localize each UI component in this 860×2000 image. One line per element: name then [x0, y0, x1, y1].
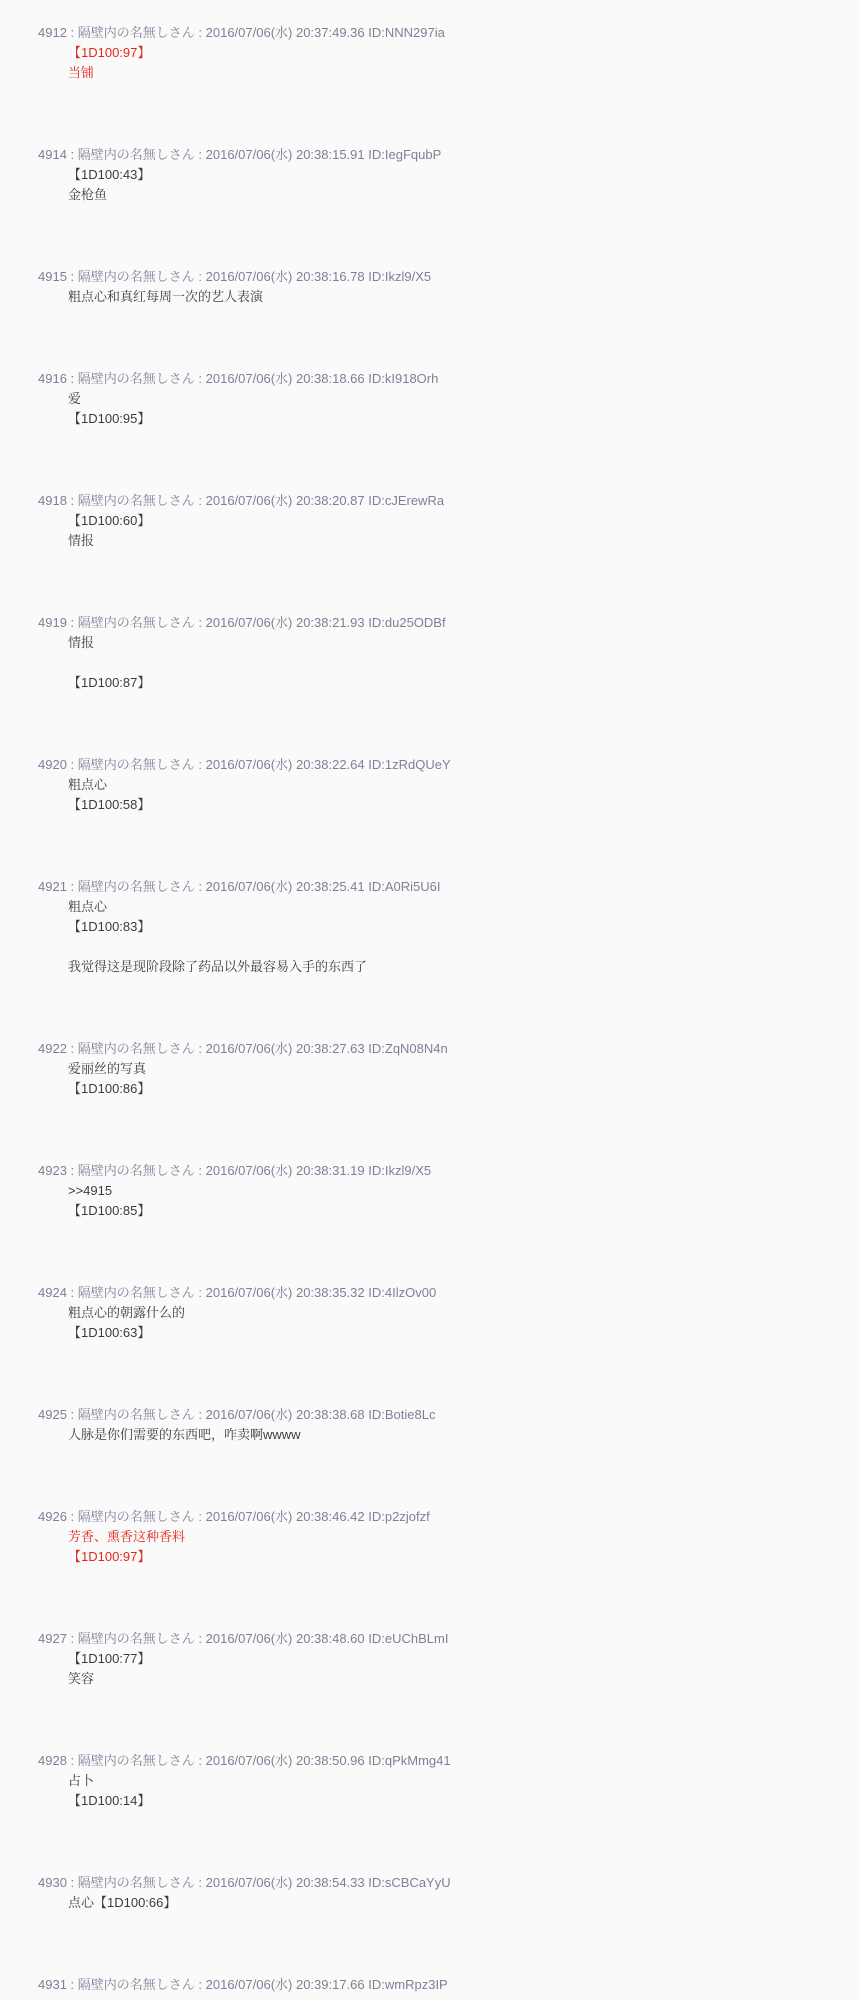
post: 4915 : 隔壁内の名無しさん : 2016/07/06(水) 20:38:1…	[38, 267, 850, 307]
post-datetime: 2016/07/06(水) 20:38:15.91	[206, 147, 365, 162]
post: 4927 : 隔壁内の名無しさん : 2016/07/06(水) 20:38:4…	[38, 1629, 850, 1689]
post-id: ID:1zRdQUeY	[368, 757, 450, 772]
post-header: 4914 : 隔壁内の名無しさん : 2016/07/06(水) 20:38:1…	[38, 145, 850, 165]
post-body-line: 情报	[68, 633, 850, 653]
post-datetime: 2016/07/06(水) 20:38:46.42	[206, 1509, 365, 1524]
dice-roll-line: 【1D100:86】	[68, 1079, 850, 1099]
dice-roll-line: 【1D100:58】	[68, 795, 850, 815]
post-id: ID:wmRpz3IP	[368, 1977, 447, 1992]
header-separator: :	[195, 269, 206, 284]
post-body-line: 粗点心和真红每周一次的艺人表演	[68, 287, 850, 307]
post-header: 4925 : 隔壁内の名無しさん : 2016/07/06(水) 20:38:3…	[38, 1405, 850, 1425]
post-header: 4916 : 隔壁内の名無しさん : 2016/07/06(水) 20:38:1…	[38, 369, 850, 389]
post-id: ID:Ikzl9/X5	[368, 269, 431, 284]
post-id: ID:eUChBLmI	[368, 1631, 448, 1646]
post-header: 4923 : 隔壁内の名無しさん : 2016/07/06(水) 20:38:3…	[38, 1161, 850, 1181]
reply-link[interactable]: >>4915	[68, 1181, 850, 1201]
dice-roll-line: 【1D100:87】	[68, 673, 850, 693]
post: 4920 : 隔壁内の名無しさん : 2016/07/06(水) 20:38:2…	[38, 755, 850, 815]
header-separator: :	[67, 1753, 78, 1768]
post-body: 芳香、熏香这种香料【1D100:97】	[68, 1527, 850, 1567]
dice-roll-line: 【1D100:60】	[68, 511, 850, 531]
post-header: 4920 : 隔壁内の名無しさん : 2016/07/06(水) 20:38:2…	[38, 755, 850, 775]
post-id: ID:ZqN08N4n	[368, 1041, 447, 1056]
post-body: 【1D100:60】情报	[68, 511, 850, 551]
blank-line	[68, 653, 850, 673]
post-header: 4921 : 隔壁内の名無しさん : 2016/07/06(水) 20:38:2…	[38, 877, 850, 897]
header-separator: :	[67, 1041, 78, 1056]
post-datetime: 2016/07/06(水) 20:38:48.60	[206, 1631, 365, 1646]
poster-name: 隔壁内の名無しさん	[78, 1631, 195, 1646]
poster-name: 隔壁内の名無しさん	[78, 757, 195, 772]
post-id: ID:p2zjofzf	[368, 1509, 429, 1524]
header-separator: :	[67, 269, 78, 284]
post: 4923 : 隔壁内の名無しさん : 2016/07/06(水) 20:38:3…	[38, 1161, 850, 1221]
post-id: ID:sCBCaYyU	[368, 1875, 450, 1890]
post-datetime: 2016/07/06(水) 20:37:49.36	[206, 25, 365, 40]
post-datetime: 2016/07/06(水) 20:38:20.87	[206, 493, 365, 508]
post-datetime: 2016/07/06(水) 20:38:38.68	[206, 1407, 365, 1422]
dice-roll-line: 【1D100:85】	[68, 1201, 850, 1221]
header-separator: :	[195, 1977, 206, 1992]
post: 4928 : 隔壁内の名無しさん : 2016/07/06(水) 20:38:5…	[38, 1751, 850, 1811]
header-separator: :	[67, 879, 78, 894]
header-separator: :	[67, 757, 78, 772]
poster-name: 隔壁内の名無しさん	[78, 1285, 195, 1300]
post-body: 点心【1D100:66】	[68, 1893, 850, 1913]
header-separator: :	[195, 147, 206, 162]
header-separator: :	[195, 1407, 206, 1422]
post-body: 爱丽丝的写真【1D100:86】	[68, 1059, 850, 1099]
poster-name: 隔壁内の名無しさん	[78, 269, 195, 284]
header-separator: :	[67, 1285, 78, 1300]
post-header: 4912 : 隔壁内の名無しさん : 2016/07/06(水) 20:37:4…	[38, 23, 850, 43]
post-header: 4930 : 隔壁内の名無しさん : 2016/07/06(水) 20:38:5…	[38, 1873, 850, 1893]
header-separator: :	[67, 25, 78, 40]
poster-name: 隔壁内の名無しさん	[78, 615, 195, 630]
post-body: 粗点心和真红每周一次的艺人表演	[68, 287, 850, 307]
post-header: 4926 : 隔壁内の名無しさん : 2016/07/06(水) 20:38:4…	[38, 1507, 850, 1527]
post-body: 爱【1D100:95】	[68, 389, 850, 429]
header-separator: :	[67, 147, 78, 162]
post-datetime: 2016/07/06(水) 20:38:50.96	[206, 1753, 365, 1768]
post: 4925 : 隔壁内の名無しさん : 2016/07/06(水) 20:38:3…	[38, 1405, 850, 1445]
header-separator: :	[67, 1977, 78, 1992]
post-number: 4927	[38, 1631, 67, 1646]
dice-roll-line: 【1D100:95】	[68, 409, 850, 429]
post-body-line: 粗点心的朝露什么的	[68, 1303, 850, 1323]
dice-roll-line: 【1D100:83】	[68, 917, 850, 937]
poster-name: 隔壁内の名無しさん	[78, 1407, 195, 1422]
post-id: ID:IegFqubP	[368, 147, 441, 162]
header-separator: :	[67, 1163, 78, 1178]
post-datetime: 2016/07/06(水) 20:38:54.33	[206, 1875, 365, 1890]
post-body: 粗点心的朝露什么的【1D100:63】	[68, 1303, 850, 1343]
post-body: 粗点心【1D100:58】	[68, 775, 850, 815]
post: 4918 : 隔壁内の名無しさん : 2016/07/06(水) 20:38:2…	[38, 491, 850, 551]
post-body-line: 粗点心	[68, 775, 850, 795]
poster-name: 隔壁内の名無しさん	[78, 25, 195, 40]
post-datetime: 2016/07/06(水) 20:38:22.64	[206, 757, 365, 772]
header-separator: :	[67, 1631, 78, 1646]
post-body-line: 爱丽丝的写真	[68, 1059, 850, 1079]
header-separator: :	[195, 1509, 206, 1524]
post-id: ID:cJErewRa	[368, 493, 444, 508]
post-header: 4915 : 隔壁内の名無しさん : 2016/07/06(水) 20:38:1…	[38, 267, 850, 287]
post-header: 4928 : 隔壁内の名無しさん : 2016/07/06(水) 20:38:5…	[38, 1751, 850, 1771]
post-number: 4912	[38, 25, 67, 40]
post-header: 4924 : 隔壁内の名無しさん : 2016/07/06(水) 20:38:3…	[38, 1283, 850, 1303]
post-header: 4931 : 隔壁内の名無しさん : 2016/07/06(水) 20:39:1…	[38, 1975, 850, 1995]
post-id: ID:A0Ri5U6I	[368, 879, 440, 894]
header-separator: :	[67, 1875, 78, 1890]
post: 4926 : 隔壁内の名無しさん : 2016/07/06(水) 20:38:4…	[38, 1507, 850, 1567]
header-separator: :	[195, 371, 206, 386]
header-separator: :	[195, 1163, 206, 1178]
poster-name: 隔壁内の名無しさん	[78, 879, 195, 894]
post: 4922 : 隔壁内の名無しさん : 2016/07/06(水) 20:38:2…	[38, 1039, 850, 1099]
post-header: 4927 : 隔壁内の名無しさん : 2016/07/06(水) 20:38:4…	[38, 1629, 850, 1649]
header-separator: :	[67, 1407, 78, 1422]
post-number: 4930	[38, 1875, 67, 1890]
post-id: ID:qPkMmg41	[368, 1753, 450, 1768]
dice-roll-line: 【1D100:97】	[68, 1547, 850, 1567]
post-body: 【1D100:43】金枪鱼	[68, 165, 850, 205]
dice-roll-line: 【1D100:63】	[68, 1323, 850, 1343]
post: 4921 : 隔壁内の名無しさん : 2016/07/06(水) 20:38:2…	[38, 877, 850, 977]
header-separator: :	[195, 1041, 206, 1056]
post-datetime: 2016/07/06(水) 20:38:31.19	[206, 1163, 365, 1178]
post-number: 4916	[38, 371, 67, 386]
post-number: 4925	[38, 1407, 67, 1422]
poster-name: 隔壁内の名無しさん	[78, 1753, 195, 1768]
post-body-line: 占卜	[68, 1771, 850, 1791]
post-header: 4919 : 隔壁内の名無しさん : 2016/07/06(水) 20:38:2…	[38, 613, 850, 633]
post-body-line: 情报	[68, 531, 850, 551]
post-number: 4924	[38, 1285, 67, 1300]
post-body-line: 粗点心	[68, 897, 850, 917]
post-number: 4923	[38, 1163, 67, 1178]
poster-name: 隔壁内の名無しさん	[78, 1041, 195, 1056]
post-body: 人脉是你们需要的东西吧，咋卖啊wwww	[68, 1425, 850, 1445]
header-separator: :	[67, 493, 78, 508]
post-body: 【1D100:97】当铺	[68, 43, 850, 83]
post: 4930 : 隔壁内の名無しさん : 2016/07/06(水) 20:38:5…	[38, 1873, 850, 1913]
poster-name: 隔壁内の名無しさん	[78, 1977, 195, 1992]
header-separator: :	[195, 1753, 206, 1768]
post-number: 4915	[38, 269, 67, 284]
post-number: 4921	[38, 879, 67, 894]
post-body-line: 人脉是你们需要的东西吧，咋卖啊wwww	[68, 1425, 850, 1445]
header-separator: :	[195, 615, 206, 630]
dice-roll-line: 【1D100:77】	[68, 1649, 850, 1669]
header-separator: :	[195, 1631, 206, 1646]
post-number: 4914	[38, 147, 67, 162]
post-number: 4931	[38, 1977, 67, 1992]
post-datetime: 2016/07/06(水) 20:38:16.78	[206, 269, 365, 284]
post-body-line: 我觉得这是现阶段除了药品以外最容易入手的东西了	[68, 957, 850, 977]
header-separator: :	[195, 25, 206, 40]
post-id: ID:Botie8Lc	[368, 1407, 435, 1422]
post-header: 4918 : 隔壁内の名無しさん : 2016/07/06(水) 20:38:2…	[38, 491, 850, 511]
header-separator: :	[195, 493, 206, 508]
header-separator: :	[67, 371, 78, 386]
post-datetime: 2016/07/06(水) 20:38:18.66	[206, 371, 365, 386]
poster-name: 隔壁内の名無しさん	[78, 1875, 195, 1890]
poster-name: 隔壁内の名無しさん	[78, 493, 195, 508]
post-datetime: 2016/07/06(水) 20:38:25.41	[206, 879, 365, 894]
poster-name: 隔壁内の名無しさん	[78, 371, 195, 386]
post-datetime: 2016/07/06(水) 20:38:21.93	[206, 615, 365, 630]
header-separator: :	[195, 757, 206, 772]
post-number: 4922	[38, 1041, 67, 1056]
poster-name: 隔壁内の名無しさん	[78, 147, 195, 162]
dice-roll-line: 【1D100:14】	[68, 1791, 850, 1811]
post-number: 4918	[38, 493, 67, 508]
post-body-line: 芳香、熏香这种香料	[68, 1527, 850, 1547]
post-datetime: 2016/07/06(水) 20:38:27.63	[206, 1041, 365, 1056]
post-body: 粗点心【1D100:83】 我觉得这是现阶段除了药品以外最容易入手的东西了	[68, 897, 850, 977]
post-number: 4928	[38, 1753, 67, 1768]
dice-roll-line: 【1D100:97】	[68, 43, 850, 63]
post-number: 4926	[38, 1509, 67, 1524]
post-body-line: 当铺	[68, 63, 850, 83]
post-datetime: 2016/07/06(水) 20:38:35.32	[206, 1285, 365, 1300]
post-datetime: 2016/07/06(水) 20:39:17.66	[206, 1977, 365, 1992]
post-body-line: 爱	[68, 389, 850, 409]
post-body: 占卜【1D100:14】	[68, 1771, 850, 1811]
post-body-line: 笑容	[68, 1669, 850, 1689]
post-body: 【1D100:77】笑容	[68, 1649, 850, 1689]
post-number: 4920	[38, 757, 67, 772]
header-separator: :	[67, 615, 78, 630]
post-id: ID:NNN297ia	[368, 25, 445, 40]
post-body-line: 金枪鱼	[68, 185, 850, 205]
poster-name: 隔壁内の名無しさん	[78, 1163, 195, 1178]
post-body: 情报 【1D100:87】	[68, 633, 850, 693]
post: 4914 : 隔壁内の名無しさん : 2016/07/06(水) 20:38:1…	[38, 145, 850, 205]
post: 4931 : 隔壁内の名無しさん : 2016/07/06(水) 20:39:1…	[38, 1975, 850, 1995]
post-id: ID:4IlzOv00	[368, 1285, 436, 1300]
header-separator: :	[67, 1509, 78, 1524]
blank-line	[68, 937, 850, 957]
post: 4919 : 隔壁内の名無しさん : 2016/07/06(水) 20:38:2…	[38, 613, 850, 693]
post-header: 4922 : 隔壁内の名無しさん : 2016/07/06(水) 20:38:2…	[38, 1039, 850, 1059]
post-id: ID:Ikzl9/X5	[368, 1163, 431, 1178]
post: 4924 : 隔壁内の名無しさん : 2016/07/06(水) 20:38:3…	[38, 1283, 850, 1343]
header-separator: :	[195, 1875, 206, 1890]
post-id: ID:du25ODBf	[368, 615, 445, 630]
thread-post-list: 4912 : 隔壁内の名無しさん : 2016/07/06(水) 20:37:4…	[0, 0, 860, 1995]
post-id: ID:kI918Orh	[368, 371, 438, 386]
post-body-line: 点心【1D100:66】	[68, 1893, 850, 1913]
post-body: >>4915【1D100:85】	[68, 1181, 850, 1221]
header-separator: :	[195, 879, 206, 894]
post: 4912 : 隔壁内の名無しさん : 2016/07/06(水) 20:37:4…	[38, 23, 850, 83]
header-separator: :	[195, 1285, 206, 1300]
dice-roll-line: 【1D100:43】	[68, 165, 850, 185]
post-number: 4919	[38, 615, 67, 630]
post: 4916 : 隔壁内の名無しさん : 2016/07/06(水) 20:38:1…	[38, 369, 850, 429]
poster-name: 隔壁内の名無しさん	[78, 1509, 195, 1524]
